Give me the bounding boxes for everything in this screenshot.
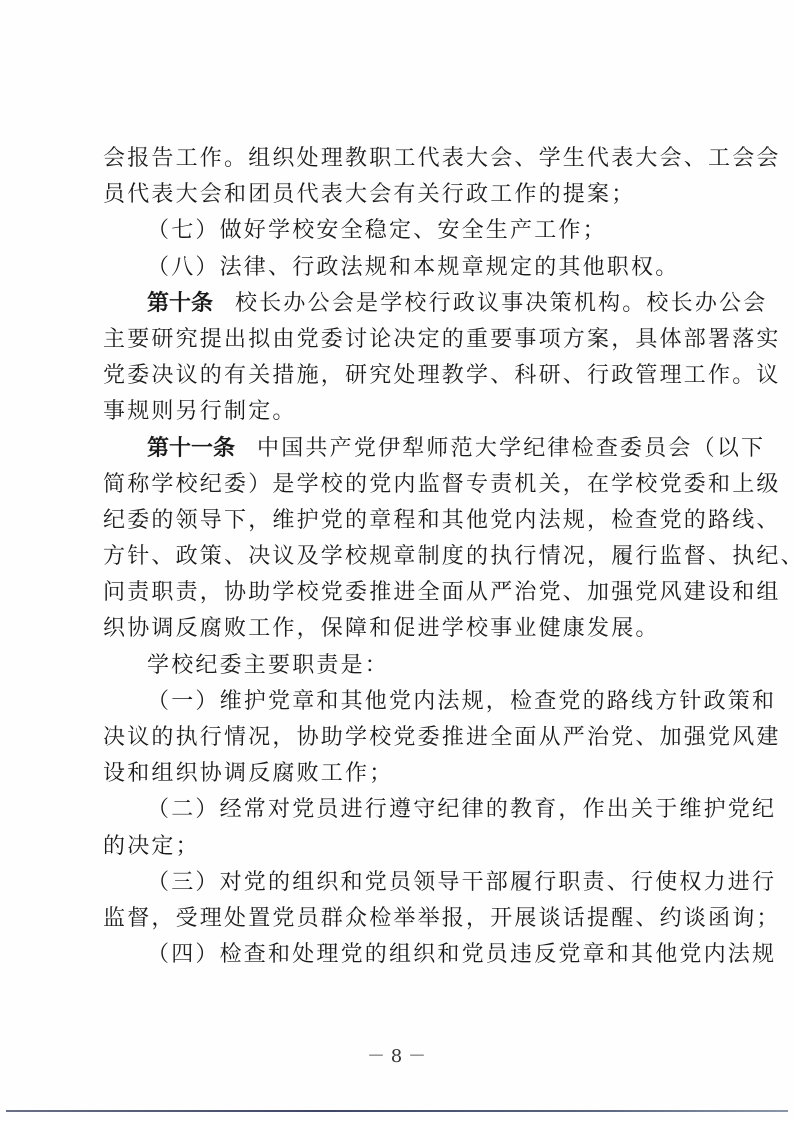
- line-text: 党委决议的有关措施，研究处理教学、科研、行政管理工作。议: [103, 363, 781, 388]
- line-text: （七）做好学校安全稳定、安全生产工作；: [147, 218, 607, 243]
- text-line: 方针、政策、决议及学校规章制度的执行情况，履行监督、执纪、: [103, 539, 693, 575]
- line-text: 织协调反腐败工作，保障和促进学校事业健康发展。: [103, 616, 660, 641]
- body-text: 会报告工作。组织处理教职工代表大会、学生代表大会、工会会员代表大会和团员代表大会…: [103, 141, 693, 973]
- text-line: （四）检查和处理党的组织和党员违反党章和其他党内法规: [103, 937, 693, 973]
- text-line: （二）经常对党员进行遵守纪律的教育，作出关于维护党纪: [103, 792, 693, 828]
- line-text: （二）经常对党员进行遵守纪律的教育，作出关于维护党纪: [147, 797, 776, 822]
- text-line: 织协调反腐败工作，保障和促进学校事业健康发展。: [103, 611, 693, 647]
- line-text: 学校纪委主要职责是：: [147, 653, 389, 678]
- line-text: 的决定；: [103, 834, 200, 859]
- article-line: 第十一条中国共产党伊犁师范大学纪律检查委员会（以下: [103, 431, 693, 467]
- text-line: 员代表大会和团员代表大会有关行政工作的提案；: [103, 177, 693, 213]
- line-text: 会报告工作。组织处理教职工代表大会、学生代表大会、工会会: [103, 146, 781, 171]
- article-line: 第十条校长办公会是学校行政议事决策机构。校长办公会: [103, 286, 693, 322]
- line-text: （四）检查和处理党的组织和党员违反党章和其他党内法规: [147, 942, 776, 967]
- text-line: 简称学校纪委）是学校的党内监督专责机关，在学校党委和上级: [103, 467, 693, 503]
- line-text: 方针、政策、决议及学校规章制度的执行情况，履行监督、执纪、: [103, 544, 793, 569]
- page-number: － 8 －: [0, 1042, 793, 1068]
- text-line: （七）做好学校安全稳定、安全生产工作；: [103, 213, 693, 249]
- line-text: 设和组织协调反腐败工作；: [103, 761, 393, 786]
- text-line: 监督，受理处置党员群众检举举报，开展谈话提醒、约谈函询；: [103, 901, 693, 937]
- line-text: 纪委的领导下，维护党的章程和其他党内法规，检查党的路线、: [103, 508, 781, 533]
- line-text: 监督，受理处置党员群众检举举报，开展谈话提醒、约谈函询；: [103, 906, 781, 931]
- line-text: （一）维护党章和其他党内法规，检查党的路线方针政策和: [147, 689, 776, 714]
- text-line: 设和组织协调反腐败工作；: [103, 756, 693, 792]
- text-line: （一）维护党章和其他党内法规，检查党的路线方针政策和: [103, 684, 693, 720]
- text-line: 会报告工作。组织处理教职工代表大会、学生代表大会、工会会: [103, 141, 693, 177]
- line-text: 简称学校纪委）是学校的党内监督专责机关，在学校党委和上级: [103, 472, 781, 497]
- article-heading: 第十条: [147, 291, 213, 316]
- text-line: 的决定；: [103, 829, 693, 865]
- line-text: 校长办公会是学校行政议事决策机构。校长办公会: [235, 291, 767, 316]
- line-text: 事规则另行制定。: [103, 399, 297, 424]
- document-page: 会报告工作。组织处理教职工代表大会、学生代表大会、工会会员代表大会和团员代表大会…: [0, 0, 793, 1121]
- line-text: 中国共产党伊犁师范大学纪律检查委员会（以下: [257, 436, 765, 461]
- line-text: 决议的执行情况，协助学校党委推进全面从严治党、加强党风建: [103, 725, 781, 750]
- bottom-rule: [6, 1110, 788, 1112]
- line-text: （三）对党的组织和党员领导干部履行职责、行使权力进行: [147, 870, 776, 895]
- line-text: 问责职责，协助学校党委推进全面从严治党、加强党风建设和组: [103, 580, 781, 605]
- text-line: 事规则另行制定。: [103, 394, 693, 430]
- text-line: 主要研究提出拟由党委讨论决定的重要事项方案，具体部署落实: [103, 322, 693, 358]
- text-line: 党委决议的有关措施，研究处理教学、科研、行政管理工作。议: [103, 358, 693, 394]
- text-line: 决议的执行情况，协助学校党委推进全面从严治党、加强党风建: [103, 720, 693, 756]
- line-text: （八）法律、行政法规和本规章规定的其他职权。: [147, 255, 679, 280]
- text-line: 学校纪委主要职责是：: [103, 648, 693, 684]
- text-line: （八）法律、行政法规和本规章规定的其他职权。: [103, 250, 693, 286]
- text-line: 纪委的领导下，维护党的章程和其他党内法规，检查党的路线、: [103, 503, 693, 539]
- article-heading: 第十一条: [147, 436, 235, 461]
- text-line: 问责职责，协助学校党委推进全面从严治党、加强党风建设和组: [103, 575, 693, 611]
- text-line: （三）对党的组织和党员领导干部履行职责、行使权力进行: [103, 865, 693, 901]
- line-text: 员代表大会和团员代表大会有关行政工作的提案；: [103, 182, 635, 207]
- line-text: 主要研究提出拟由党委讨论决定的重要事项方案，具体部署落实: [103, 327, 781, 352]
